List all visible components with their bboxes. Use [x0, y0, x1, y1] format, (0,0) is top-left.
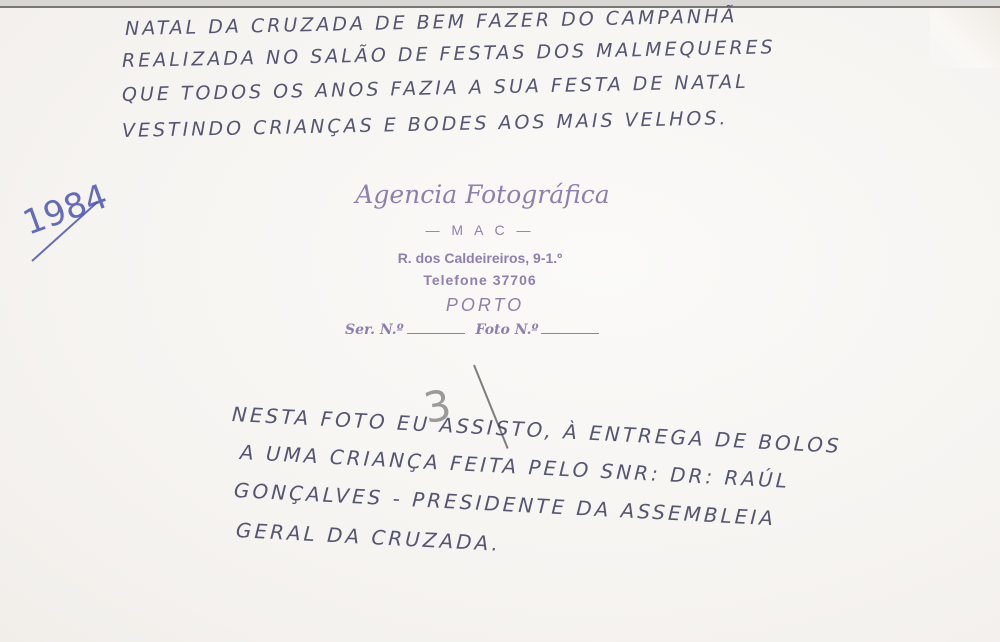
- ser-label: Ser. N.º: [345, 322, 404, 338]
- stamp-phone: Telefone 37706: [390, 272, 570, 288]
- stamp-name: — M A C —: [420, 222, 540, 238]
- foto-label: Foto N.º: [476, 322, 539, 338]
- stamp-address: R. dos Caldeireiros, 9-1.º: [365, 250, 595, 266]
- stamp-city: PORTO: [420, 295, 550, 316]
- corner-crease: [930, 8, 1000, 68]
- ser-blank: [407, 333, 465, 334]
- stamp-number-fields: Ser. N.º Foto N.º: [345, 322, 625, 338]
- stamp-brand: Agencia Fotográfica: [345, 180, 620, 209]
- foto-blank: [541, 333, 599, 334]
